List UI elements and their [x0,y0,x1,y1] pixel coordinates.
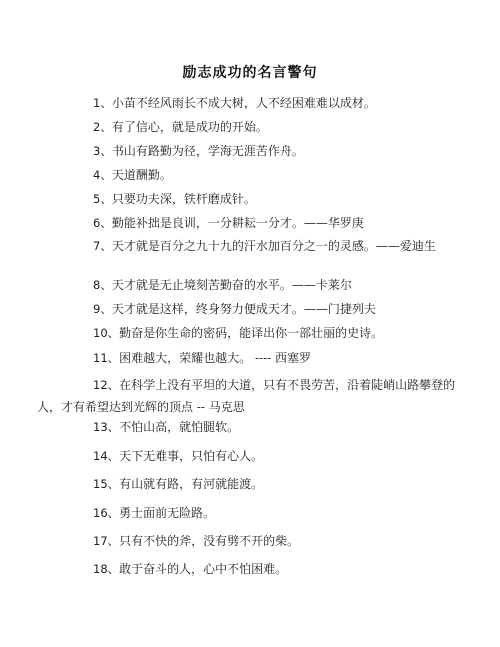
quote-number: 11、 [93,351,119,365]
quote-text: 有山就有路，有河就能渡。 [119,477,263,491]
quote-number: 2、 [93,120,112,134]
quote-text: 小苗不经风雨长不成大树，人不经困难难以成材。 [112,96,376,110]
quote-number: 17、 [93,534,119,548]
quote-text: 天才就是这样，终身努力便成天才。——门捷列夫 [112,302,376,316]
quote-text: 天道酬勤。 [112,168,172,182]
quote-item: 6、勤能补拙是良训，一分耕耘一分才。——华罗庚 [37,212,467,234]
quote-number: 6、 [93,216,112,230]
quote-item: 9、天才就是这样，终身努力便成天才。——门捷列夫 [37,298,467,320]
quote-text: 勤能补拙是良训，一分耕耘一分才。——华罗庚 [112,216,364,230]
quote-number: 3、 [93,144,112,158]
document-title: 励志成功的名言警句 [0,62,500,82]
quote-item: 18、敢于奋斗的人，心中不怕困难。 [37,558,467,580]
quote-item: 16、勇士面前无险路。 [37,502,467,524]
quote-text: 天才就是百分之九十九的汗水加百分之一的灵感。——爱迪生 [112,239,436,253]
quote-number: 5、 [93,192,112,206]
quote-number: 8、 [93,278,112,292]
quote-item: 4、天道酬勤。 [37,164,467,186]
quote-item: 2、有了信心，就是成功的开始。 [37,116,467,138]
quote-text: 只有不快的斧，没有劈不开的柴。 [119,534,299,548]
quote-item: 12、在科学上没有平坦的大道，只有不畏劳苦，沿着陡峭山路攀登的人，才有希望达到光… [37,374,467,418]
quote-number: 9、 [93,302,112,316]
quote-text: 不怕山高，就怕腿软。 [119,420,239,434]
quote-item: 17、只有不快的斧，没有劈不开的柴。 [37,530,467,552]
quote-item: 3、书山有路勤为径，学海无涯苦作舟。 [37,140,467,162]
quote-number: 18、 [93,562,119,576]
quote-number: 14、 [93,449,119,463]
quote-number: 12、 [93,378,119,392]
quote-item: 14、天下无难事，只怕有心人。 [37,445,467,467]
quote-item: 13、不怕山高，就怕腿软。 [37,416,467,438]
quote-item: 15、有山就有路，有河就能渡。 [37,473,467,495]
quote-number: 7、 [93,239,112,253]
quote-number: 13、 [93,420,119,434]
quote-text: 有了信心，就是成功的开始。 [112,120,268,134]
quote-text: 天下无难事，只怕有心人。 [119,449,263,463]
quote-item: 11、困难越大，荣耀也越大。 ---- 西塞罗 [37,347,467,369]
quote-number: 15、 [93,477,119,491]
quote-text: 天才就是无止境刻苦勤奋的水平。——卡莱尔 [112,278,352,292]
quote-item: 10、勤奋是你生命的密码，能译出你一部壮丽的史诗。 [37,322,467,344]
quote-item: 8、天才就是无止境刻苦勤奋的水平。——卡莱尔 [37,274,467,296]
quote-text: 困难越大，荣耀也越大。 ---- 西塞罗 [119,351,311,365]
quote-item: 1、小苗不经风雨长不成大树，人不经困难难以成材。 [37,92,467,114]
document-page: 励志成功的名言警句 1、小苗不经风雨长不成大树，人不经困难难以成材。 2、有了信… [0,0,500,647]
quote-text: 书山有路勤为径，学海无涯苦作舟。 [112,144,304,158]
quote-number: 4、 [93,168,112,182]
quote-item: 5、只要功夫深，铁杆磨成针。 [37,188,467,210]
quote-number: 16、 [93,506,119,520]
quote-number: 1、 [93,96,112,110]
quote-text: 敢于奋斗的人，心中不怕困难。 [119,562,287,576]
quote-item: 7、天才就是百分之九十九的汗水加百分之一的灵感。——爱迪生 [37,235,467,257]
quote-text: 勤奋是你生命的密码，能译出你一部壮丽的史诗。 [119,326,383,340]
quote-text: 勇士面前无险路。 [119,506,215,520]
quote-text: 只要功夫深，铁杆磨成针。 [112,192,256,206]
quote-number: 10、 [93,326,119,340]
